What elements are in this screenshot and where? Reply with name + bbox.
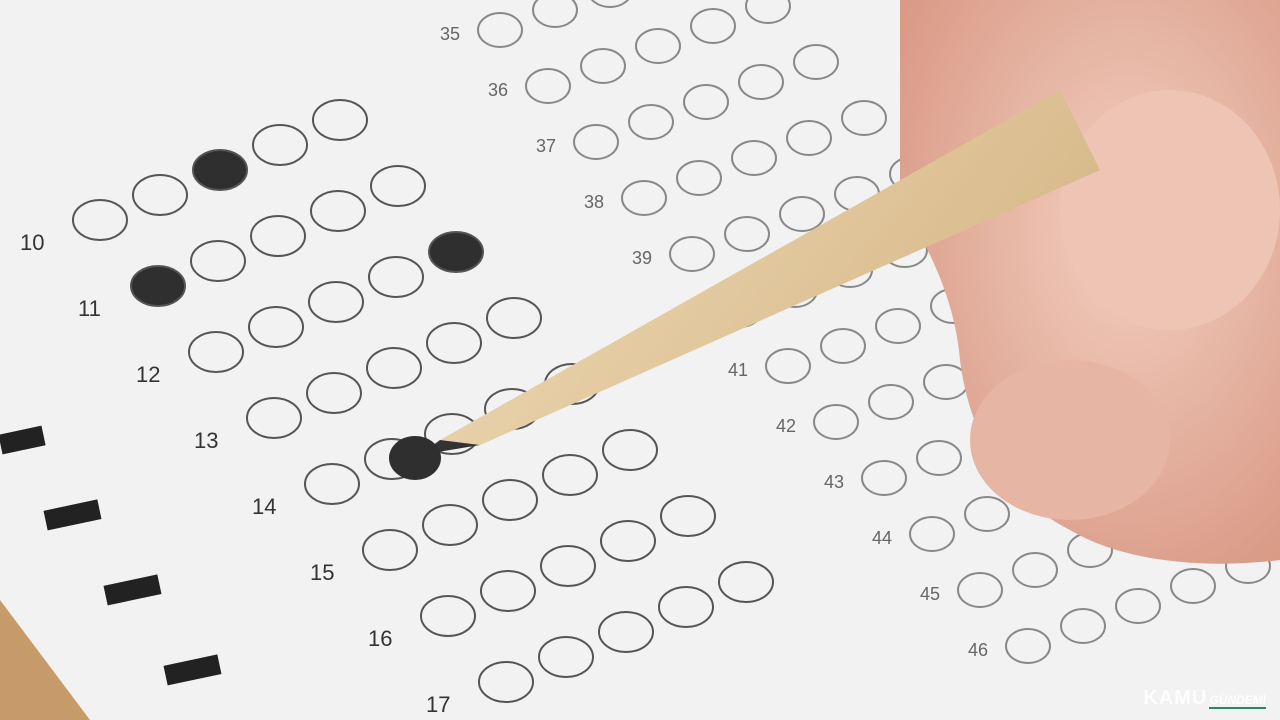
watermark-kamu: KAMU: [1143, 687, 1207, 710]
svg-text:41: 41: [728, 360, 748, 380]
svg-text:39: 39: [632, 248, 652, 268]
svg-text:11: 11: [78, 296, 101, 321]
svg-text:44: 44: [872, 528, 892, 548]
svg-text:12: 12: [136, 362, 160, 387]
svg-text:37: 37: [536, 136, 556, 156]
svg-text:14: 14: [252, 494, 276, 519]
svg-text:35: 35: [440, 24, 460, 44]
svg-text:42: 42: [776, 416, 796, 436]
svg-text:13: 13: [194, 428, 218, 453]
svg-text:17: 17: [426, 692, 450, 717]
watermark-gundemi: GÜNDEMİ: [1209, 693, 1266, 709]
svg-text:38: 38: [584, 192, 604, 212]
answer-sheet-illustration: 1011121314151617353637383940414243444546: [0, 0, 1280, 720]
svg-text:16: 16: [368, 626, 392, 651]
svg-text:43: 43: [824, 472, 844, 492]
answer-sheet-photo: 1011121314151617353637383940414243444546: [0, 0, 1280, 720]
svg-text:46: 46: [968, 640, 988, 660]
watermark: KAMU GÜNDEMİ: [1143, 687, 1266, 710]
svg-text:36: 36: [488, 80, 508, 100]
svg-text:15: 15: [310, 560, 334, 585]
svg-text:10: 10: [20, 230, 44, 255]
svg-text:45: 45: [920, 584, 940, 604]
